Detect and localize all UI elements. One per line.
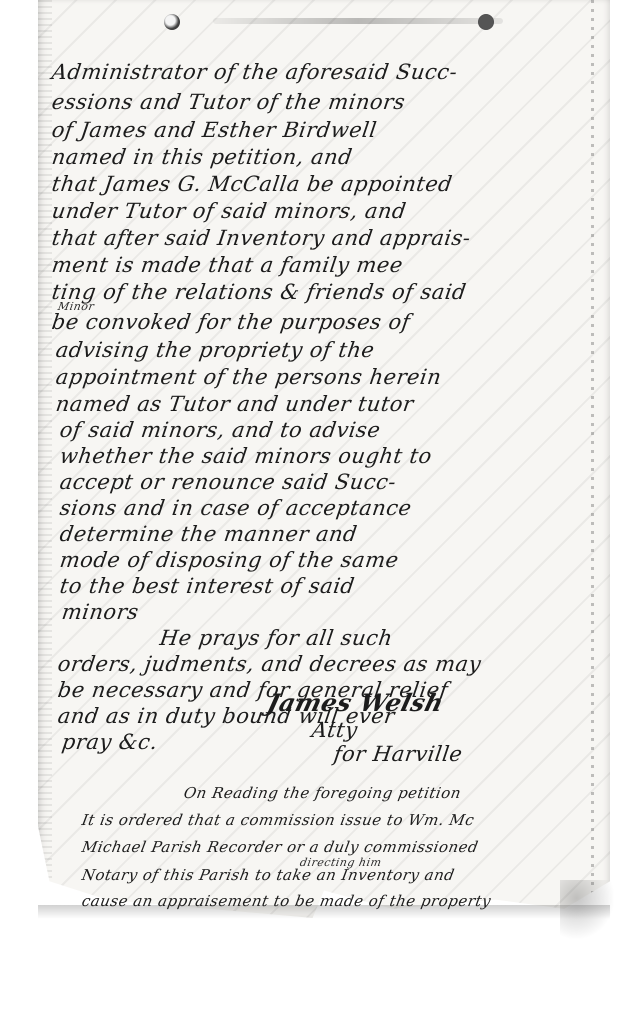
- order-line: It is ordered that a commission issue to…: [80, 811, 475, 829]
- signature-name: James Welsh: [264, 688, 447, 717]
- body-line: appointment of the persons herein: [54, 365, 443, 389]
- body-line: sions and in case of acceptance: [58, 496, 413, 520]
- body-line: determine the manner and: [58, 522, 359, 546]
- body-line: ment is made that a family mee: [50, 253, 404, 277]
- body-line: minors: [60, 600, 140, 624]
- order-line: cause an appraisement to be made of the …: [80, 892, 492, 910]
- top-smudge: [213, 18, 503, 24]
- body-line: whether the said minors ought to: [58, 444, 433, 468]
- body-line: Administrator of the aforesaid Succ-: [50, 60, 459, 84]
- page-fold-line: [591, 0, 594, 918]
- order-line: Michael Parish Recorder or a duly commis…: [80, 838, 479, 856]
- body-line: advising the propriety of the: [54, 338, 376, 362]
- body-line: under Tutor of said minors, and: [50, 199, 408, 223]
- body-line: that James G. McCalla be appointed: [50, 172, 454, 196]
- binder-hole-right-icon: [478, 14, 494, 30]
- body-line: of said minors, and to advise: [58, 418, 382, 442]
- page-corner-curl: [560, 880, 615, 940]
- body-line: mode of disposing of the same: [58, 548, 400, 572]
- body-line: named in this petition, and: [50, 145, 354, 169]
- signature-title: Atty: [310, 718, 359, 742]
- order-line: On Reading the foregoing petition: [182, 784, 462, 802]
- body-line: pray &c.: [60, 730, 159, 754]
- binder-hole-left-icon: [164, 14, 180, 30]
- body-line: ting of the relations & friends of said: [50, 280, 468, 304]
- body-line: orders, judments, and decrees as may: [56, 652, 482, 676]
- body-line: named as Tutor and under tutor: [54, 392, 415, 416]
- body-line: He prays for all such: [158, 626, 394, 650]
- body-line: accept or renounce said Succ-: [58, 470, 397, 494]
- body-line: essions and Tutor of the minors: [50, 90, 406, 114]
- signature-for-line: for Harville: [332, 742, 464, 766]
- body-line: that after said Inventory and apprais-: [50, 226, 472, 250]
- body-line: be convoked for the purposes of: [50, 310, 411, 334]
- body-line: of James and Esther Birdwell: [50, 118, 378, 142]
- order-line: Notary of this Parish to take an Invento…: [80, 866, 456, 884]
- body-line: to the best interest of said: [58, 574, 356, 598]
